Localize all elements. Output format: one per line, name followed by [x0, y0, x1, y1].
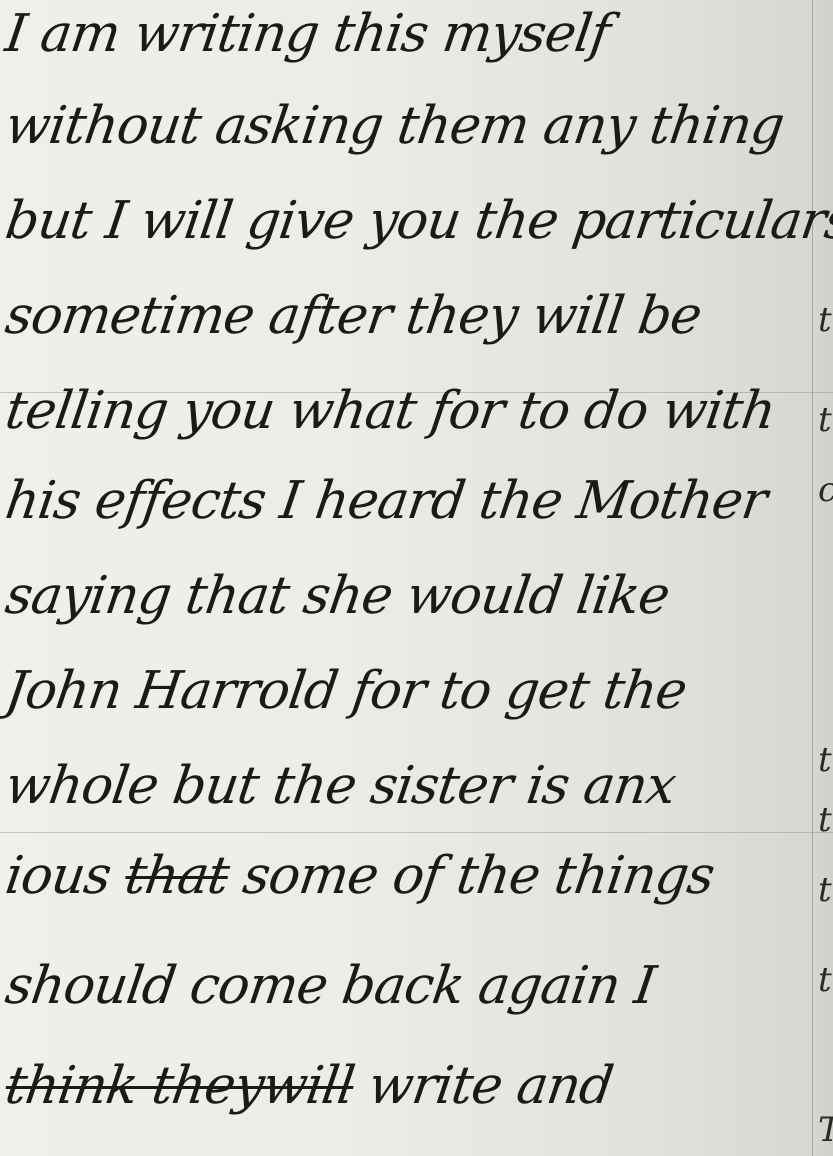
adjacent-page-fragment: c: [818, 470, 833, 510]
struck-word: that: [121, 846, 232, 906]
handwriting-line-6: his effects I heard the Mother: [2, 475, 769, 527]
line-text: write and: [349, 1056, 616, 1116]
fold-line: [0, 832, 833, 833]
adjacent-page-fragment: t: [818, 300, 832, 340]
adjacent-page-fragment: t: [818, 960, 832, 1000]
adjacent-page-fragment: t: [818, 400, 832, 440]
handwriting-line-4: sometime after they will be: [2, 290, 704, 342]
handwriting-line-1: I am writing this myself: [2, 8, 612, 60]
handwriting-line-10: ious that some of the things: [2, 850, 717, 902]
struck-words: think theywill: [2, 1056, 358, 1116]
page-edge: [812, 0, 813, 1156]
line-text: ious: [2, 846, 130, 906]
line-text: some of the things: [224, 846, 718, 906]
handwriting-line-7: saying that she would like: [2, 570, 672, 622]
handwriting-line-3: but I will give you the particulars: [2, 195, 833, 247]
handwriting-line-8: John Harrold for to get the: [2, 665, 689, 717]
handwriting-line-5: telling you what for to do with: [2, 385, 778, 437]
letter-page: I am writing this myself without asking …: [0, 0, 833, 1156]
adjacent-page-fragment: t: [818, 800, 832, 840]
handwriting-line-12: think theywill write and: [2, 1060, 615, 1112]
handwriting-line-11: should come back again I: [2, 960, 658, 1012]
handwriting-line-9: whole but the sister is anx: [2, 760, 678, 812]
adjacent-page-fragment: t: [818, 870, 832, 910]
adjacent-page-fragment: T: [818, 1110, 833, 1150]
handwriting-line-2: without asking them any thing: [2, 100, 786, 152]
adjacent-page-fragment: t: [818, 740, 832, 780]
